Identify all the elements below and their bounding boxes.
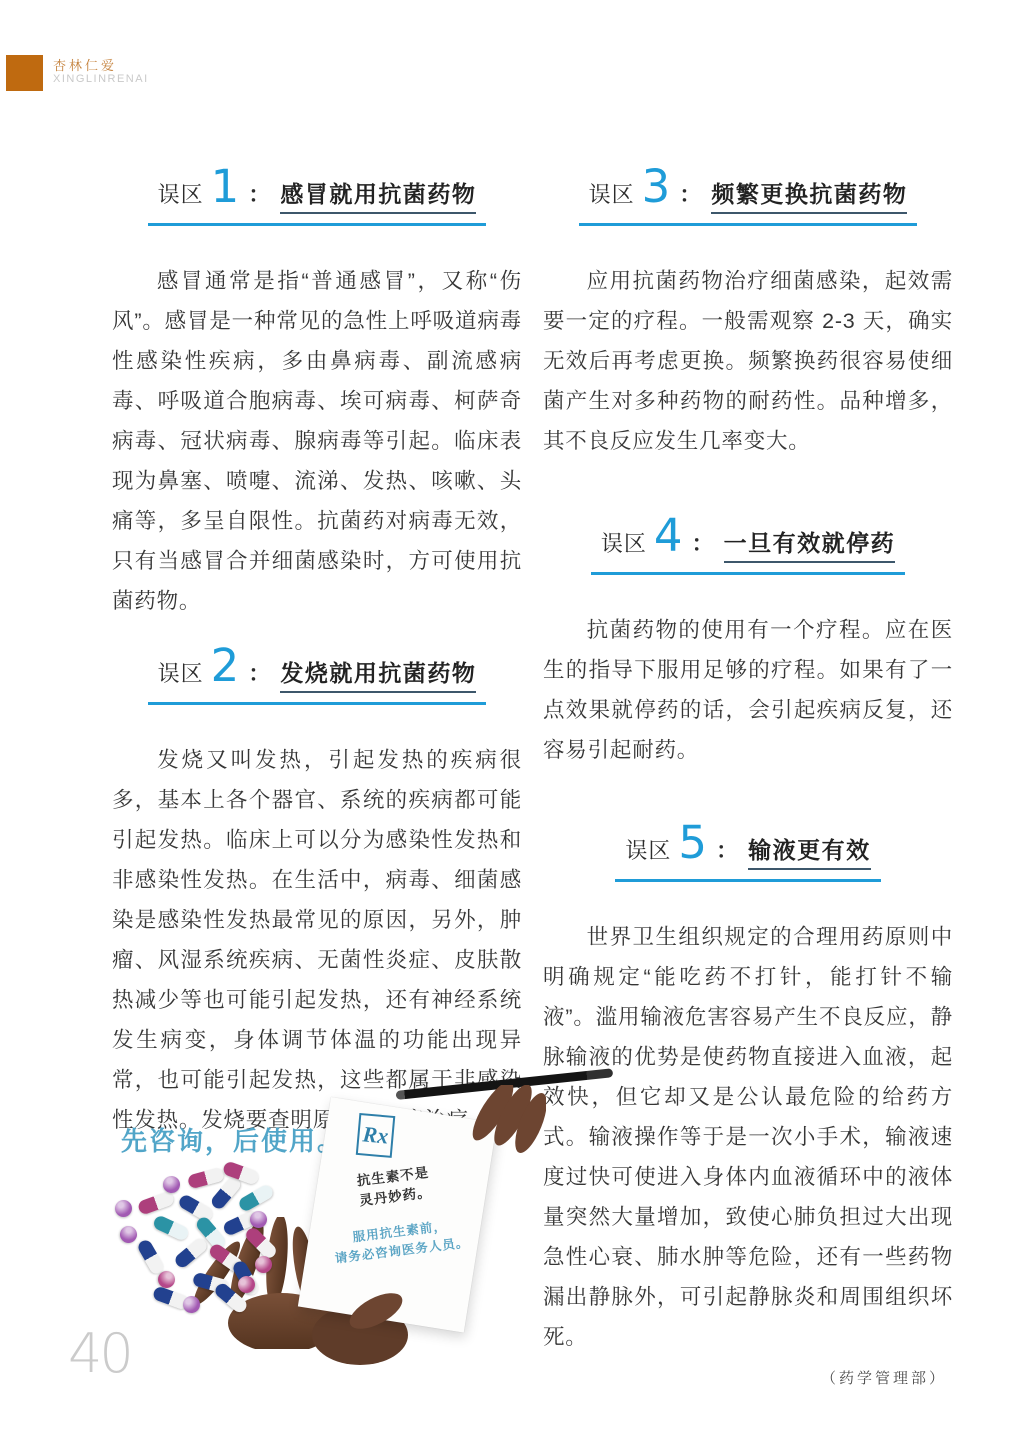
misconception-heading-4: 误区 4 ： 一旦有效就停药 xyxy=(543,519,953,575)
writing-hand-icon xyxy=(451,1085,546,1167)
consult-before-use-photo: 先咨询，后使用。 Rx xyxy=(113,1085,533,1365)
photo-slogan: 先咨询，后使用。 xyxy=(121,1121,345,1158)
pill-icon xyxy=(255,1256,272,1273)
section-body-5: 世界卫生组织规定的合理用药原则中明确规定“能吃药不打针，能打针不输液”。滥用输液… xyxy=(543,917,953,1357)
section-colon: ： xyxy=(679,178,701,209)
section-colon: ： xyxy=(692,527,714,558)
section-label: 误区 xyxy=(158,657,204,688)
logo-subtitle: XINGLINRENAI xyxy=(53,73,149,85)
pill-icon xyxy=(237,1183,275,1213)
section-body-1: 感冒通常是指“普通感冒”，又称“伤风”。感冒是一种常见的急性上呼吸道病毒性感染性… xyxy=(112,261,522,621)
section-label: 误区 xyxy=(625,834,671,865)
section-colon: ： xyxy=(248,657,270,688)
section-number: 1 xyxy=(211,170,240,204)
section-number: 2 xyxy=(211,649,240,683)
section-label: 误区 xyxy=(601,527,647,558)
section-label: 误区 xyxy=(158,178,204,209)
misconception-heading-2: 误区 2 ： 发烧就用抗菌药物 xyxy=(112,649,522,705)
right-column: 误区 3 ： 频繁更换抗菌药物 应用抗菌药物治疗细菌感染，起效需要一定的疗程。一… xyxy=(543,170,953,1388)
pill-icon xyxy=(137,1190,176,1215)
misconception-heading-3: 误区 3 ： 频繁更换抗菌药物 xyxy=(543,170,953,226)
section-title: 一旦有效就停药 xyxy=(724,525,896,563)
section-label: 误区 xyxy=(589,178,635,209)
magazine-page: 杏林仁爱 XINGLINRENAI 误区 1 ： 感冒就用抗菌药物 感冒通常是指… xyxy=(0,0,1024,1442)
logo-square xyxy=(6,55,43,91)
section-number: 5 xyxy=(678,826,707,860)
thumb-icon xyxy=(341,1290,411,1332)
pill-icon xyxy=(115,1200,132,1217)
attribution: （药学管理部） xyxy=(543,1367,953,1388)
section-body-3: 应用抗菌药物治疗细菌感染，起效需要一定的疗程。一般需观察 2-3 天，确实无效后… xyxy=(543,261,953,461)
section-body-2: 发烧又叫发热，引起发热的疾病很多，基本上各个器官、系统的疾病都可能引起发热。临床… xyxy=(112,740,522,1140)
misconception-heading-1: 误区 1 ： 感冒就用抗菌药物 xyxy=(112,170,522,226)
page-number: 40 xyxy=(68,1322,131,1385)
left-column: 误区 1 ： 感冒就用抗菌药物 感冒通常是指“普通感冒”，又称“伤风”。感冒是一… xyxy=(112,170,522,1140)
section-number: 3 xyxy=(642,170,671,204)
section-title: 感冒就用抗菌药物 xyxy=(280,176,476,214)
misconception-heading-5: 误区 5 ： 输液更有效 xyxy=(543,826,953,882)
section-number: 4 xyxy=(654,519,683,553)
section-colon: ： xyxy=(248,178,270,209)
section-title: 频繁更换抗菌药物 xyxy=(711,176,907,214)
section-title: 发烧就用抗菌药物 xyxy=(280,655,476,693)
pill-icon xyxy=(187,1167,225,1190)
section-title: 输液更有效 xyxy=(748,832,871,870)
rx-icon: Rx xyxy=(356,1113,396,1158)
section-colon: ： xyxy=(716,834,738,865)
pill-icon xyxy=(117,1223,141,1247)
section-body-4: 抗菌药物的使用有一个疗程。应在医生的指导下服用足够的疗程。如果有了一点效果就停药… xyxy=(543,610,953,770)
logo-title: 杏林仁爱 xyxy=(53,55,117,74)
card-text-blue: 服用抗生素前， 请务必咨询医务人员。 xyxy=(315,1213,486,1271)
pill-icon xyxy=(136,1238,166,1276)
